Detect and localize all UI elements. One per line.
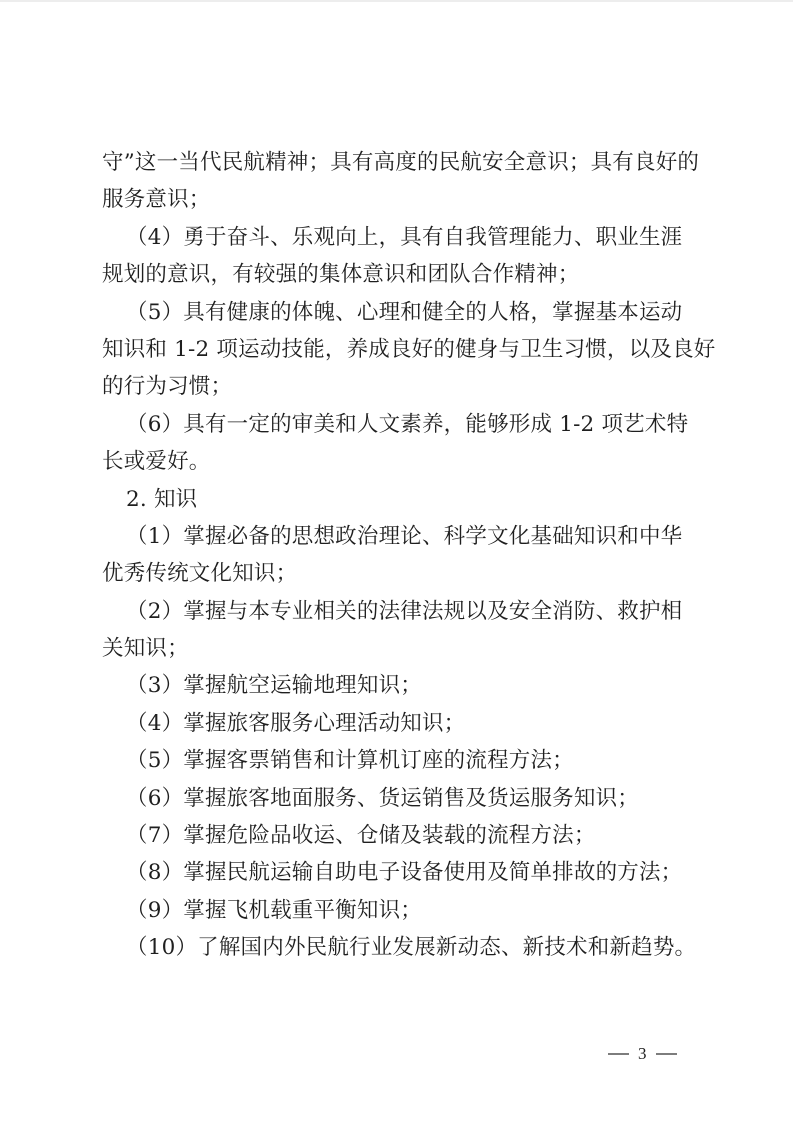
page-footer: 3 (608, 1045, 677, 1062)
text-line: 长或爱好。 (102, 443, 714, 480)
text-line: （1）掌握必备的思想政治理论、科学文化基础知识和中华 (102, 518, 714, 555)
text-line: （4）勇于奋斗、乐观向上，具有自我管理能力、职业生涯 (102, 219, 714, 256)
document-page: 守”这一当代民航精神；具有高度的民航安全意识；具有良好的 服务意识； （4）勇于… (0, 0, 793, 1124)
text-line: 守”这一当代民航精神；具有高度的民航安全意识；具有良好的 (102, 144, 714, 181)
text-line: （7）掌握危险品收运、仓储及装载的流程方法； (102, 817, 714, 854)
text-line: 知识和 1-2 项运动技能，养成良好的健身与卫生习惯，以及良好 (102, 331, 714, 368)
body-text-block: 守”这一当代民航精神；具有高度的民航安全意识；具有良好的 服务意识； （4）勇于… (102, 144, 714, 967)
text-line: 优秀传统文化知识； (102, 555, 714, 592)
text-line: （6）具有一定的审美和人文素养，能够形成 1-2 项艺术特 (102, 406, 714, 443)
text-line: （10）了解国内外民航行业发展新动态、新技术和新趋势。 (102, 929, 714, 966)
text-line: （5）具有健康的体魄、心理和健全的人格，掌握基本运动 (102, 294, 714, 331)
text-line: 关知识； (102, 630, 714, 667)
footer-dash-left-icon (608, 1053, 629, 1055)
text-line: （8）掌握民航运输自助电子设备使用及简单排故的方法； (102, 854, 714, 891)
text-line: 规划的意识，有较强的集体意识和团队合作精神； (102, 256, 714, 293)
page-number: 3 (638, 1045, 647, 1062)
text-line: （2）掌握与本专业相关的法律法规以及安全消防、救护相 (102, 593, 714, 630)
text-line: （5）掌握客票销售和计算机订座的流程方法； (102, 742, 714, 779)
text-line: （3）掌握航空运输地理知识； (102, 667, 714, 704)
footer-dash-right-icon (656, 1053, 677, 1055)
section-heading-knowledge: 2. 知识 (102, 481, 714, 518)
text-line: 的行为习惯； (102, 368, 714, 405)
text-line: （9）掌握飞机载重平衡知识； (102, 892, 714, 929)
text-line: 服务意识； (102, 181, 714, 218)
text-line: （4）掌握旅客服务心理活动知识； (102, 705, 714, 742)
text-line: （6）掌握旅客地面服务、货运销售及货运服务知识； (102, 780, 714, 817)
